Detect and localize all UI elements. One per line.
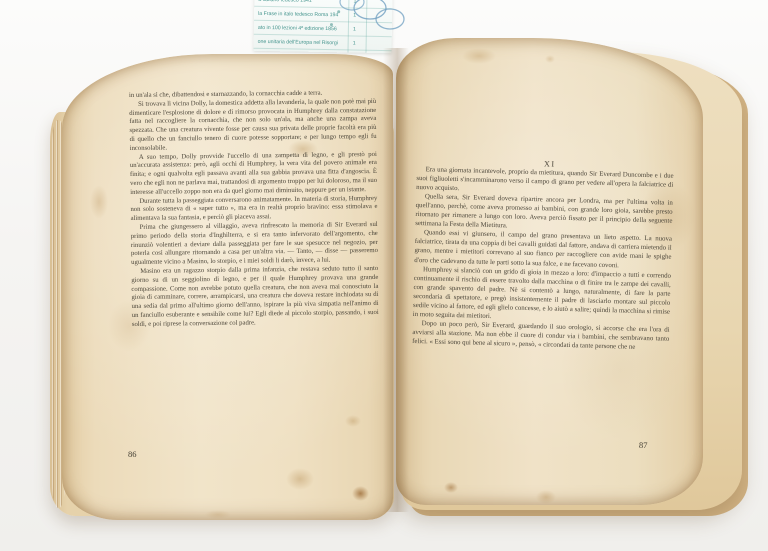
paragraph: Humphrey si slanciò con un grido di gioi… bbox=[413, 265, 671, 326]
page-number-left: 86 bbox=[128, 449, 137, 459]
right-page-text: XI Era una giornata incantevole, proprio… bbox=[412, 156, 674, 353]
book-photo: a italiano tedesco 1941 1 la Frase in it… bbox=[0, 0, 768, 551]
paragraph: Durante tutta la passeggiata conversaron… bbox=[130, 195, 377, 224]
pen-scribble bbox=[330, 0, 412, 42]
paragraph: Si trovava lì vicina Dolly, la domestica… bbox=[129, 98, 377, 154]
paragraph: Masino era un ragazzo storpio dalla prim… bbox=[131, 265, 379, 330]
left-page-text: in un'ala sì che, dibattendosi e starnaz… bbox=[129, 89, 379, 330]
page-number-right: 87 bbox=[639, 440, 648, 450]
paragraph: A suo tempo, Dolly provvide l'uccello di… bbox=[130, 151, 378, 198]
paragraph: Quando essi vi giunsero, il campo del gr… bbox=[414, 228, 672, 271]
paragraph: Prima che giungessero al villaggio, avev… bbox=[131, 221, 379, 268]
